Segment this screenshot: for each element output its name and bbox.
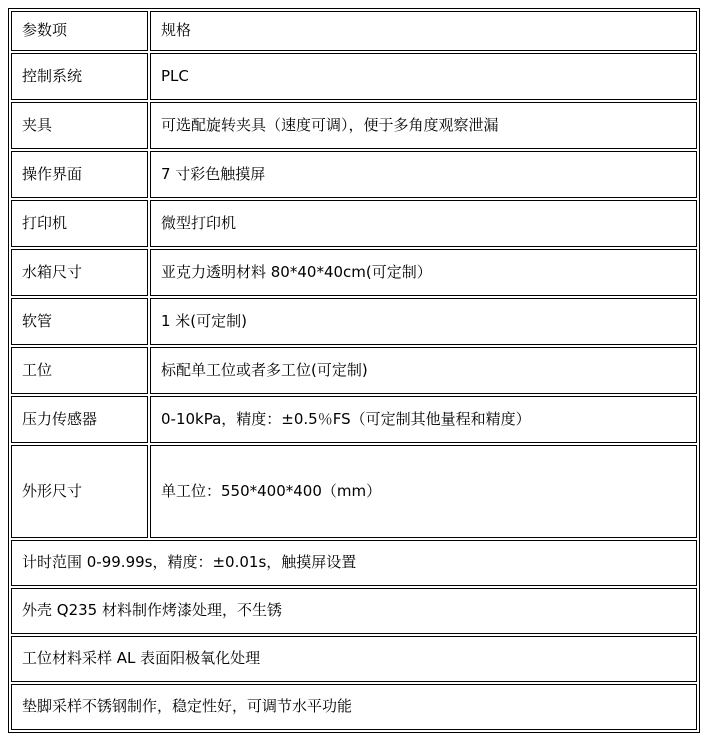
- spec-cell: 0-10kPa，精度：±0.5％FS（可定制其他量程和精度）: [150, 396, 697, 443]
- param-cell: 打印机: [11, 200, 148, 247]
- table-row: 工位 标配单工位或者多工位(可定制): [11, 347, 697, 394]
- full-row-cell: 垫脚采样不锈钢制作，稳定性好，可调节水平功能: [11, 684, 697, 730]
- param-cell: 控制系统: [11, 53, 148, 100]
- spec-table-container: 参数项 规格 控制系统 PLC 夹具 可选配旋转夹具（速度可调），便于多角度观察…: [0, 0, 707, 741]
- table-row: 夹具 可选配旋转夹具（速度可调），便于多角度观察泄漏: [11, 102, 697, 149]
- table-row: 软管 1 米(可定制): [11, 298, 697, 345]
- spec-cell: 7 寸彩色触摸屏: [150, 151, 697, 198]
- spec-cell: 亚克力透明材料 80*40*40cm(可定制）: [150, 249, 697, 296]
- param-cell: 压力传感器: [11, 396, 148, 443]
- header-cell-spec: 规格: [150, 11, 697, 51]
- table-row: 压力传感器 0-10kPa，精度：±0.5％FS（可定制其他量程和精度）: [11, 396, 697, 443]
- param-cell: 操作界面: [11, 151, 148, 198]
- table-row-full-width: 计时范围 0-99.99s，精度：±0.01s，触摸屏设置: [11, 540, 697, 586]
- param-cell: 夹具: [11, 102, 148, 149]
- header-cell-param: 参数项: [11, 11, 148, 51]
- table-row-full-width: 垫脚采样不锈钢制作，稳定性好，可调节水平功能: [11, 684, 697, 730]
- table-row: 水箱尺寸 亚克力透明材料 80*40*40cm(可定制）: [11, 249, 697, 296]
- param-cell: 工位: [11, 347, 148, 394]
- spec-table: 参数项 规格 控制系统 PLC 夹具 可选配旋转夹具（速度可调），便于多角度观察…: [8, 8, 700, 733]
- table-row-full-width: 工位材料采样 AL 表面阳极氧化处理: [11, 636, 697, 682]
- spec-cell: 1 米(可定制): [150, 298, 697, 345]
- full-row-cell: 工位材料采样 AL 表面阳极氧化处理: [11, 636, 697, 682]
- param-cell: 软管: [11, 298, 148, 345]
- spec-cell: PLC: [150, 53, 697, 100]
- full-row-cell: 外壳 Q235 材料制作烤漆处理，不生锈: [11, 588, 697, 634]
- param-cell: 水箱尺寸: [11, 249, 148, 296]
- table-row: 打印机 微型打印机: [11, 200, 697, 247]
- table-row: 外形尺寸 单工位：550*400*400（mm）: [11, 445, 697, 538]
- spec-cell: 单工位：550*400*400（mm）: [150, 445, 697, 538]
- spec-cell: 可选配旋转夹具（速度可调），便于多角度观察泄漏: [150, 102, 697, 149]
- param-cell: 外形尺寸: [11, 445, 148, 538]
- spec-cell: 标配单工位或者多工位(可定制): [150, 347, 697, 394]
- spec-cell: 微型打印机: [150, 200, 697, 247]
- table-row-full-width: 外壳 Q235 材料制作烤漆处理，不生锈: [11, 588, 697, 634]
- table-row: 操作界面 7 寸彩色触摸屏: [11, 151, 697, 198]
- table-header-row: 参数项 规格: [11, 11, 697, 51]
- full-row-cell: 计时范围 0-99.99s，精度：±0.01s，触摸屏设置: [11, 540, 697, 586]
- table-row: 控制系统 PLC: [11, 53, 697, 100]
